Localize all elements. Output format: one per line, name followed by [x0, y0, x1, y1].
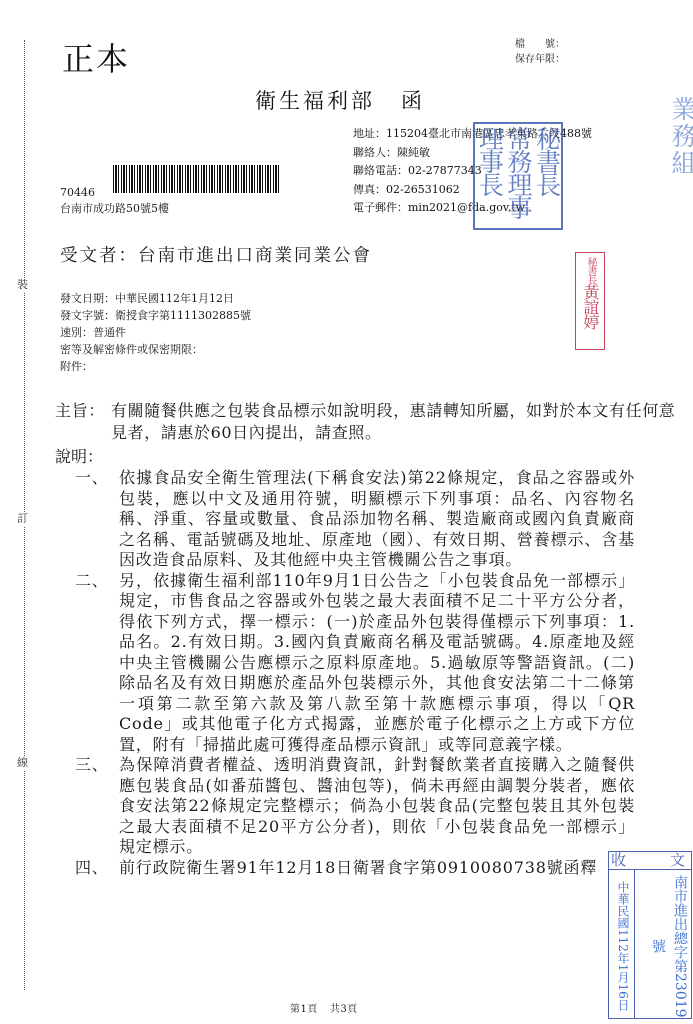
copy-mark: 正本	[62, 34, 130, 80]
department-stamp: 業務組	[664, 96, 693, 177]
page-total: 共3頁	[330, 1004, 358, 1015]
attachments: 附件：	[60, 358, 251, 375]
binding-char-xian: 線	[17, 756, 28, 770]
org-name: 衛生福利部	[255, 89, 375, 113]
file-number: 檔 號：	[515, 37, 565, 52]
item-text: 依據食品安全衛生管理法(下稱食安法)第22條規定，食品之容器或外包裝，應以中文及…	[119, 468, 635, 569]
recipient: 受文者：台南市進出口商業同業公會	[60, 242, 372, 267]
binding-char-zhuang: 裝	[17, 278, 28, 292]
subject: 主旨： 有關隨餐供應之包裝食品標示如說明段，惠請轉知所屬，如對於本文有任何意見者…	[55, 400, 685, 444]
retention-period: 保存年限：	[515, 52, 565, 67]
classification: 密等及解密條件或保密期限：	[60, 341, 251, 358]
doc-type: 函	[401, 89, 425, 113]
doc-number: 發文字號：衛授食字第1111302885號	[60, 307, 251, 324]
list-item: 二、 另，依據衛生福利部110年9月1日公告之「小包裝食品免一部標示」規定，市售…	[75, 571, 635, 756]
item-text: 為保障消費者權益、透明消費資訊，針對餐飲業者直接購入之隨餐供應包裝食品(如番茄醬…	[119, 755, 635, 856]
file-meta: 檔 號： 保存年限：	[515, 37, 565, 67]
recv-number: 南市進出總字第23019號	[635, 870, 691, 1018]
recv-head-right: 文	[670, 852, 685, 869]
subject-text: 有關隨餐供應之包裝食品標示如說明段，惠請轉知所屬，如對於本文有任何意見者，請惠於…	[111, 400, 685, 444]
list-item: 三、 為保障消費者權益、透明消費資訊，針對餐飲業者直接購入之隨餐供應包裝食品(如…	[75, 755, 635, 858]
item-text: 另，依據衛生福利部110年9月1日公告之「小包裝食品免一部標示」規定，市售食品之…	[119, 571, 635, 754]
page-indicator: 第1頁共3頁	[290, 1000, 358, 1015]
item-text: 前行政院衛生署91年12月18日衛署食字第0910080738號函釋	[119, 858, 597, 877]
recv-date: 中華民國112年1月16日	[609, 870, 635, 1018]
stamp-col-2: 常務理事	[504, 126, 532, 228]
page-number: 第1頁	[290, 1004, 318, 1015]
description-items: 一、 依據食品安全衛生管理法(下稱食安法)第22條規定，食品之容器或外包裝，應以…	[75, 468, 635, 878]
item-number: 三、	[75, 755, 109, 776]
page-title: 衛生福利部函	[255, 85, 425, 115]
stamp-col-3: 秘書長	[533, 126, 561, 228]
postal-address: 台南市成功路50號5樓	[60, 201, 169, 217]
approval-stamp: 理事長 常務理事 秘書長	[473, 122, 563, 230]
description-label: 說明：	[55, 444, 103, 467]
item-number: 一、	[75, 468, 109, 489]
mailing-address: 70446 台南市成功路50號5樓	[60, 185, 169, 217]
list-item: 四、 前行政院衛生署91年12月18日衛署食字第0910080738號函釋	[75, 858, 635, 879]
stamp-col-1: 理事長	[475, 126, 503, 228]
speed-class: 速別：普通件	[60, 324, 251, 341]
issue-date: 發文日期：中華民國112年1月12日	[60, 290, 251, 307]
doc-meta: 發文日期：中華民國112年1月12日 發文字號：衛授食字第1111302885號…	[60, 290, 251, 375]
seal-title: 秘書長	[585, 257, 596, 284]
item-number: 四、	[75, 858, 109, 879]
recv-head-left: 收	[611, 852, 626, 869]
received-stamp: 收 文 中華民國112年1月16日 南市進出總字第23019號	[608, 851, 692, 1019]
seal-name: 黃誼婷	[581, 284, 600, 329]
binding-char-ding: 訂	[17, 512, 28, 526]
postal-code: 70446	[60, 185, 169, 201]
secretary-seal: 秘書長黃誼婷	[575, 252, 605, 350]
list-item: 一、 依據食品安全衛生管理法(下稱食安法)第22條規定，食品之容器或外包裝，應以…	[75, 468, 635, 571]
item-number: 二、	[75, 571, 109, 592]
subject-label: 主旨：	[55, 400, 105, 422]
